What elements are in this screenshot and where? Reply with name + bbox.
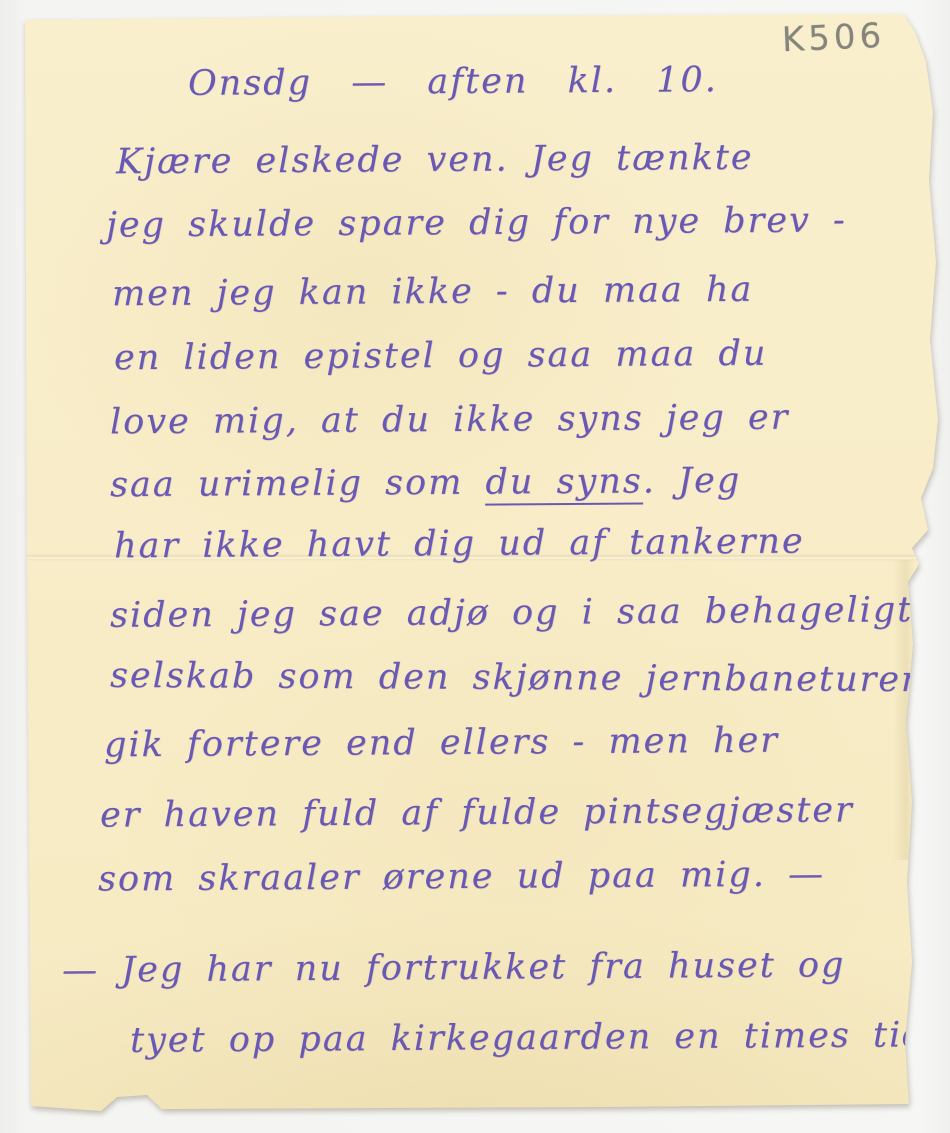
letter-line: er haven fuld af fulde pintsegjæster [100, 790, 854, 835]
letter-line-with-underline: saa urimelig som du syns. Jeg [110, 461, 741, 505]
archive-code-pencil: K506 [781, 16, 886, 60]
letter-line: jeg skulde spare dig for nye brev - [106, 200, 847, 245]
scan-background: K506 Onsdg — aften kl. 10. Kjære elskede… [0, 0, 950, 1133]
underlined-phrase: du syns [485, 461, 643, 505]
letter-line: tyet op paa kirkegaarden en times tid. [130, 1015, 940, 1061]
letter-line: har ikke havt dig ud af tankerne [114, 522, 805, 567]
letter-line: som skraaler ørene ud paa mig. — [98, 854, 825, 899]
letter-line-post-text: . Jeg [643, 461, 742, 502]
letter-dateline: Onsdg — aften kl. 10. [188, 60, 718, 104]
letter-line: siden jeg sae adjø og i saa behageligt [110, 590, 914, 636]
letter-line: love mig, at du ikke syns jeg er [110, 398, 790, 443]
letter-paper: K506 Onsdg — aften kl. 10. Kjære elskede… [0, 0, 950, 1133]
letter-line: gik fortere end ellers - men her [104, 721, 779, 766]
letter-paper-shadow: K506 Onsdg — aften kl. 10. Kjære elskede… [0, 0, 950, 1133]
letter-line-greeting: Kjære elskede ven. Jeg tænkte [116, 138, 754, 182]
letter-line-pre-text: saa urimelig som [110, 463, 486, 506]
letter-line: — Jeg har nu fortrukket fra huset og [62, 945, 846, 990]
letter-line: selskab som den skjønne jernbaneturen [110, 656, 926, 700]
letter-line: en liden epistel og saa maa du [114, 334, 768, 379]
letter-line: men jeg kan ikke - du maa ha [112, 270, 754, 314]
